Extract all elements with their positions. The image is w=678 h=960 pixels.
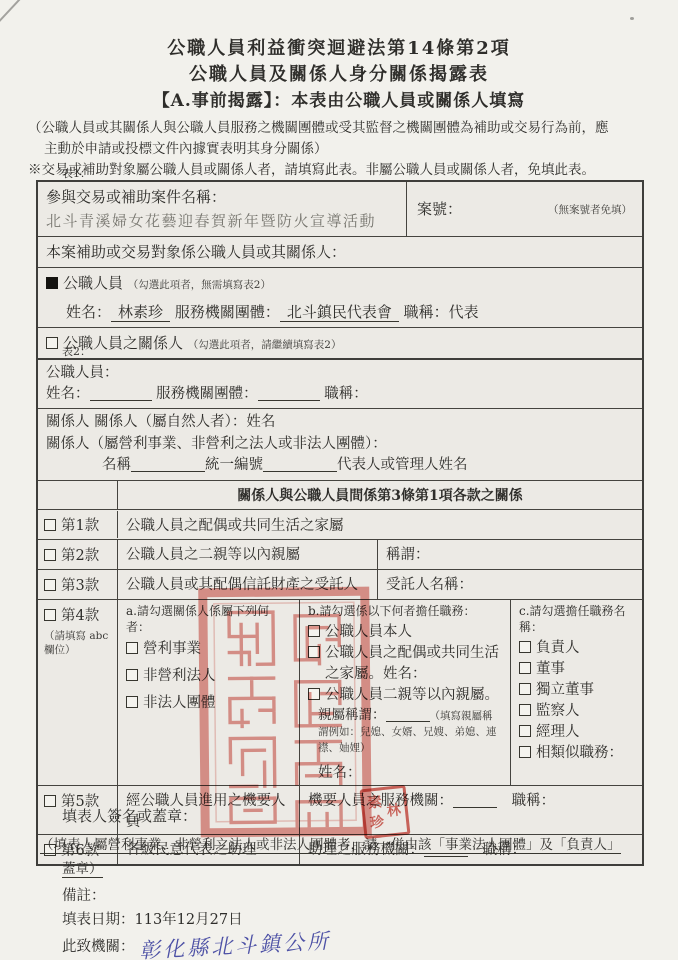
fill-date-line: 填表日期：113年12月27日 <box>40 908 640 932</box>
row4-note: （請填寫 abc 欄位） <box>44 629 113 657</box>
name-seal-char-3: 珍 <box>369 815 384 830</box>
table2-label: 表2： <box>62 343 91 359</box>
a-item3-checkbox <box>126 696 138 708</box>
case-number-label: 案號： <box>417 197 462 221</box>
t2-org-label: 服務機關團體： <box>156 386 258 402</box>
c-item5-label: 經理人 <box>536 724 580 740</box>
related-note: （勾選此項者，請繼續填寫表2） <box>188 339 342 351</box>
case-name-label: 參與交易或補助案件名稱： <box>46 185 398 209</box>
row1-num-cell: 第1款 <box>38 510 117 539</box>
scan-crease-artifact <box>0 0 49 30</box>
relation-row-2: 第2款 公職人員之二親等以內親屬 稱謂： <box>38 539 642 569</box>
intro-notes: （公職人員或其關係人與公職人員服務之機關團體或受其監督之機關團體為補助或交易行為… <box>28 118 653 181</box>
row4-num: 第4款 <box>61 608 99 624</box>
name-seal-char-1: 林 <box>383 790 405 832</box>
t2-related-natural: 關係人 關係人（屬自然人者）：姓名 <box>46 412 468 434</box>
row3-sub: 受託人名稱： <box>377 570 642 599</box>
official-note: （勾選此項者，無需填寫表2） <box>128 279 271 291</box>
official-org-value: 北斗鎮民代表會 <box>280 303 399 322</box>
row2-checkbox <box>44 549 56 561</box>
c-item3-checkbox <box>519 683 531 695</box>
agency-handwritten-value: 彰化縣北斗鎮公所 <box>139 929 332 960</box>
note-line-3: ※交易或補助對象屬公職人員或關係人者，請填寫此表。非屬公職人員或關係人者，免填此… <box>28 160 653 181</box>
target-line: 本案補助或交易對象係公職人員或其關係人： <box>38 237 354 267</box>
official-option-cell: 公職人員 （勾選此項者，無需填寫表2） 姓名：林素珍 服務機關團體：北斗鎮民代表… <box>38 268 487 327</box>
relation-row-1: 第1款 公職人員之配偶或共同生活之家屬 <box>38 509 642 539</box>
t2-official-heading: 公職人員： <box>46 363 368 384</box>
form-header: 公職人員利益衝突迴避法第14條第2項 公職人員及關係人身分關係揭露表 【A.事前… <box>0 36 678 114</box>
t2-name-blank <box>90 385 152 401</box>
row3-num: 第3款 <box>61 578 99 594</box>
t2-title-label: 職稱： <box>324 386 368 402</box>
c-item1-checkbox <box>519 641 531 653</box>
row3-num-cell: 第3款 <box>38 570 117 599</box>
table1-label: 表1： <box>62 165 91 181</box>
note-line-2: 主動於申請或投標文件內據實表明其身分關係） <box>28 139 653 160</box>
t2-entity-name-blank <box>131 456 205 472</box>
official-checkbox <box>46 277 58 289</box>
agency-line: 此致機關： 彰化縣北斗鎮公所 <box>40 932 640 959</box>
note-line-1: （公職人員或其關係人與公職人員服務之機關團體或受其監督之機關團體為補助或交易行為… <box>28 118 653 139</box>
row2-desc: 公職人員之二親等以內親屬 <box>117 540 377 569</box>
row2-num: 第2款 <box>61 548 99 564</box>
row4-num-cell: 第4款 （請填寫 abc 欄位） <box>38 600 117 785</box>
c-item6-checkbox <box>519 746 531 758</box>
official-label: 公職人員 <box>63 274 123 292</box>
row2-num-cell: 第2款 <box>38 540 117 569</box>
case-number-note: （無案號者免填） <box>548 202 632 217</box>
scanned-disclosure-form: 公職人員利益衝突迴避法第14條第2項 公職人員及關係人身分關係揭露表 【A.事前… <box>0 0 678 960</box>
section-a-title: 【A.事前揭露】：本表由公職人員或關係人填寫 <box>0 89 678 114</box>
table1-target-row: 本案補助或交易對象係公職人員或其關係人： <box>38 236 642 267</box>
name-seal-char-2: 素 <box>367 795 382 810</box>
row2-sub: 稱謂： <box>377 540 642 569</box>
t2-entity-id-label: 統一編號 <box>205 457 263 473</box>
c-item5-checkbox <box>519 725 531 737</box>
c-item4-label: 監察人 <box>536 703 580 719</box>
b-item3-kin-blank <box>386 706 430 722</box>
row1-num: 第1款 <box>61 518 99 534</box>
c-item6-label: 相類似職務： <box>536 745 623 761</box>
official-name-value: 林素珍 <box>111 303 170 322</box>
form-title: 公職人員及關係人身分關係揭露表 <box>0 62 678 88</box>
law-title: 公職人員利益衝突迴避法第14條第2項 <box>0 36 678 62</box>
t2-entity-name-label: 名稱 <box>102 457 131 473</box>
c-item4-checkbox <box>519 704 531 716</box>
sign-note-line1: （填表人屬營利事業、非營利之法人或非法人團體者，請一併由該「事業法人團體」及「負… <box>40 837 621 854</box>
a-item1-checkbox <box>126 642 138 654</box>
row3-checkbox <box>44 579 56 591</box>
official-title-value: 代表 <box>449 303 479 321</box>
table1-official-row: 公職人員 （勾選此項者，無需填寫表2） 姓名：林素珍 服務機關團體：北斗鎮民代表… <box>38 267 642 327</box>
official-seal-stamp <box>197 585 374 839</box>
official-org-label: 服務機關團體： <box>175 303 280 321</box>
relation-header-empty-cell <box>38 481 117 509</box>
scan-speck <box>630 17 634 20</box>
table2-official-section: 公職人員： 姓名： 服務機關團體： 職稱： <box>38 360 642 408</box>
case-name-value: 北斗青溪婦女花藝迎春賀新年暨防火宣導活動 <box>46 209 398 233</box>
t2-name-label: 姓名： <box>46 386 90 402</box>
relation-header-title: 關係人與公職人員間係第3條第1項各款之關係 <box>117 481 642 509</box>
relation-header-row: 關係人與公職人員間係第3條第1項各款之關係 <box>38 480 642 509</box>
table1: 參與交易或補助案件名稱： 北斗青溪婦女花藝迎春賀新年暨防火宣導活動 案號： （無… <box>36 180 644 362</box>
official-seal-graphic <box>197 585 374 839</box>
row4-c-header: c.請勾選擔任職務名稱： <box>519 603 634 635</box>
t2-entity-rep-label: 代表人或管理人姓名 <box>337 457 468 473</box>
case-number-cell: 案號： （無案號者免填） <box>406 182 642 236</box>
t2-org-blank <box>258 385 320 401</box>
agency-label: 此致機關： <box>62 939 135 955</box>
name-seal-stamp: 林 素 珍 <box>360 785 411 840</box>
c-item2-checkbox <box>519 662 531 674</box>
row1-desc: 公職人員之配偶或共同生活之家屬 <box>117 511 642 538</box>
t2-entity-id-blank <box>263 456 337 472</box>
official-name-label: 姓名： <box>66 303 111 321</box>
a-item1-label: 營利事業 <box>143 641 201 657</box>
c-item2-label: 董事 <box>536 661 565 677</box>
case-name-cell: 參與交易或補助案件名稱： 北斗青溪婦女花藝迎春賀新年暨防火宣導活動 <box>38 182 406 236</box>
related-checkbox <box>46 337 58 349</box>
remark-label: 備註： <box>40 884 640 908</box>
official-title-label: 職稱： <box>404 303 449 321</box>
date-value: 113年12月27日 <box>135 912 243 928</box>
table1-case-row: 參與交易或補助案件名稱： 北斗青溪婦女花藝迎春賀新年暨防火宣導活動 案號： （無… <box>38 182 642 236</box>
c-item3-label: 獨立董事 <box>536 682 594 698</box>
a-item2-checkbox <box>126 669 138 681</box>
table1-related-row: 公職人員之關係人 （勾選此項者，請繼續填寫表2） <box>38 327 642 360</box>
c-item1-label: 負責人 <box>536 640 580 656</box>
row1-checkbox <box>44 519 56 531</box>
row4-checkbox <box>44 609 56 621</box>
t2-related-entity: 關係人（屬營利事業、非營利之法人或非法人團體）： <box>46 434 468 456</box>
table2-related-section: 關係人 關係人（屬自然人者）：姓名 關係人（屬營利事業、非營利之法人或非法人團體… <box>38 408 642 480</box>
row4-col-c: c.請勾選擔任職務名稱： 負責人 董事 獨立董事 監察人 經理人 相類似職務： <box>510 600 642 785</box>
date-label: 填表日期： <box>62 912 135 928</box>
sign-note-line2: 蓋章） <box>62 861 103 878</box>
